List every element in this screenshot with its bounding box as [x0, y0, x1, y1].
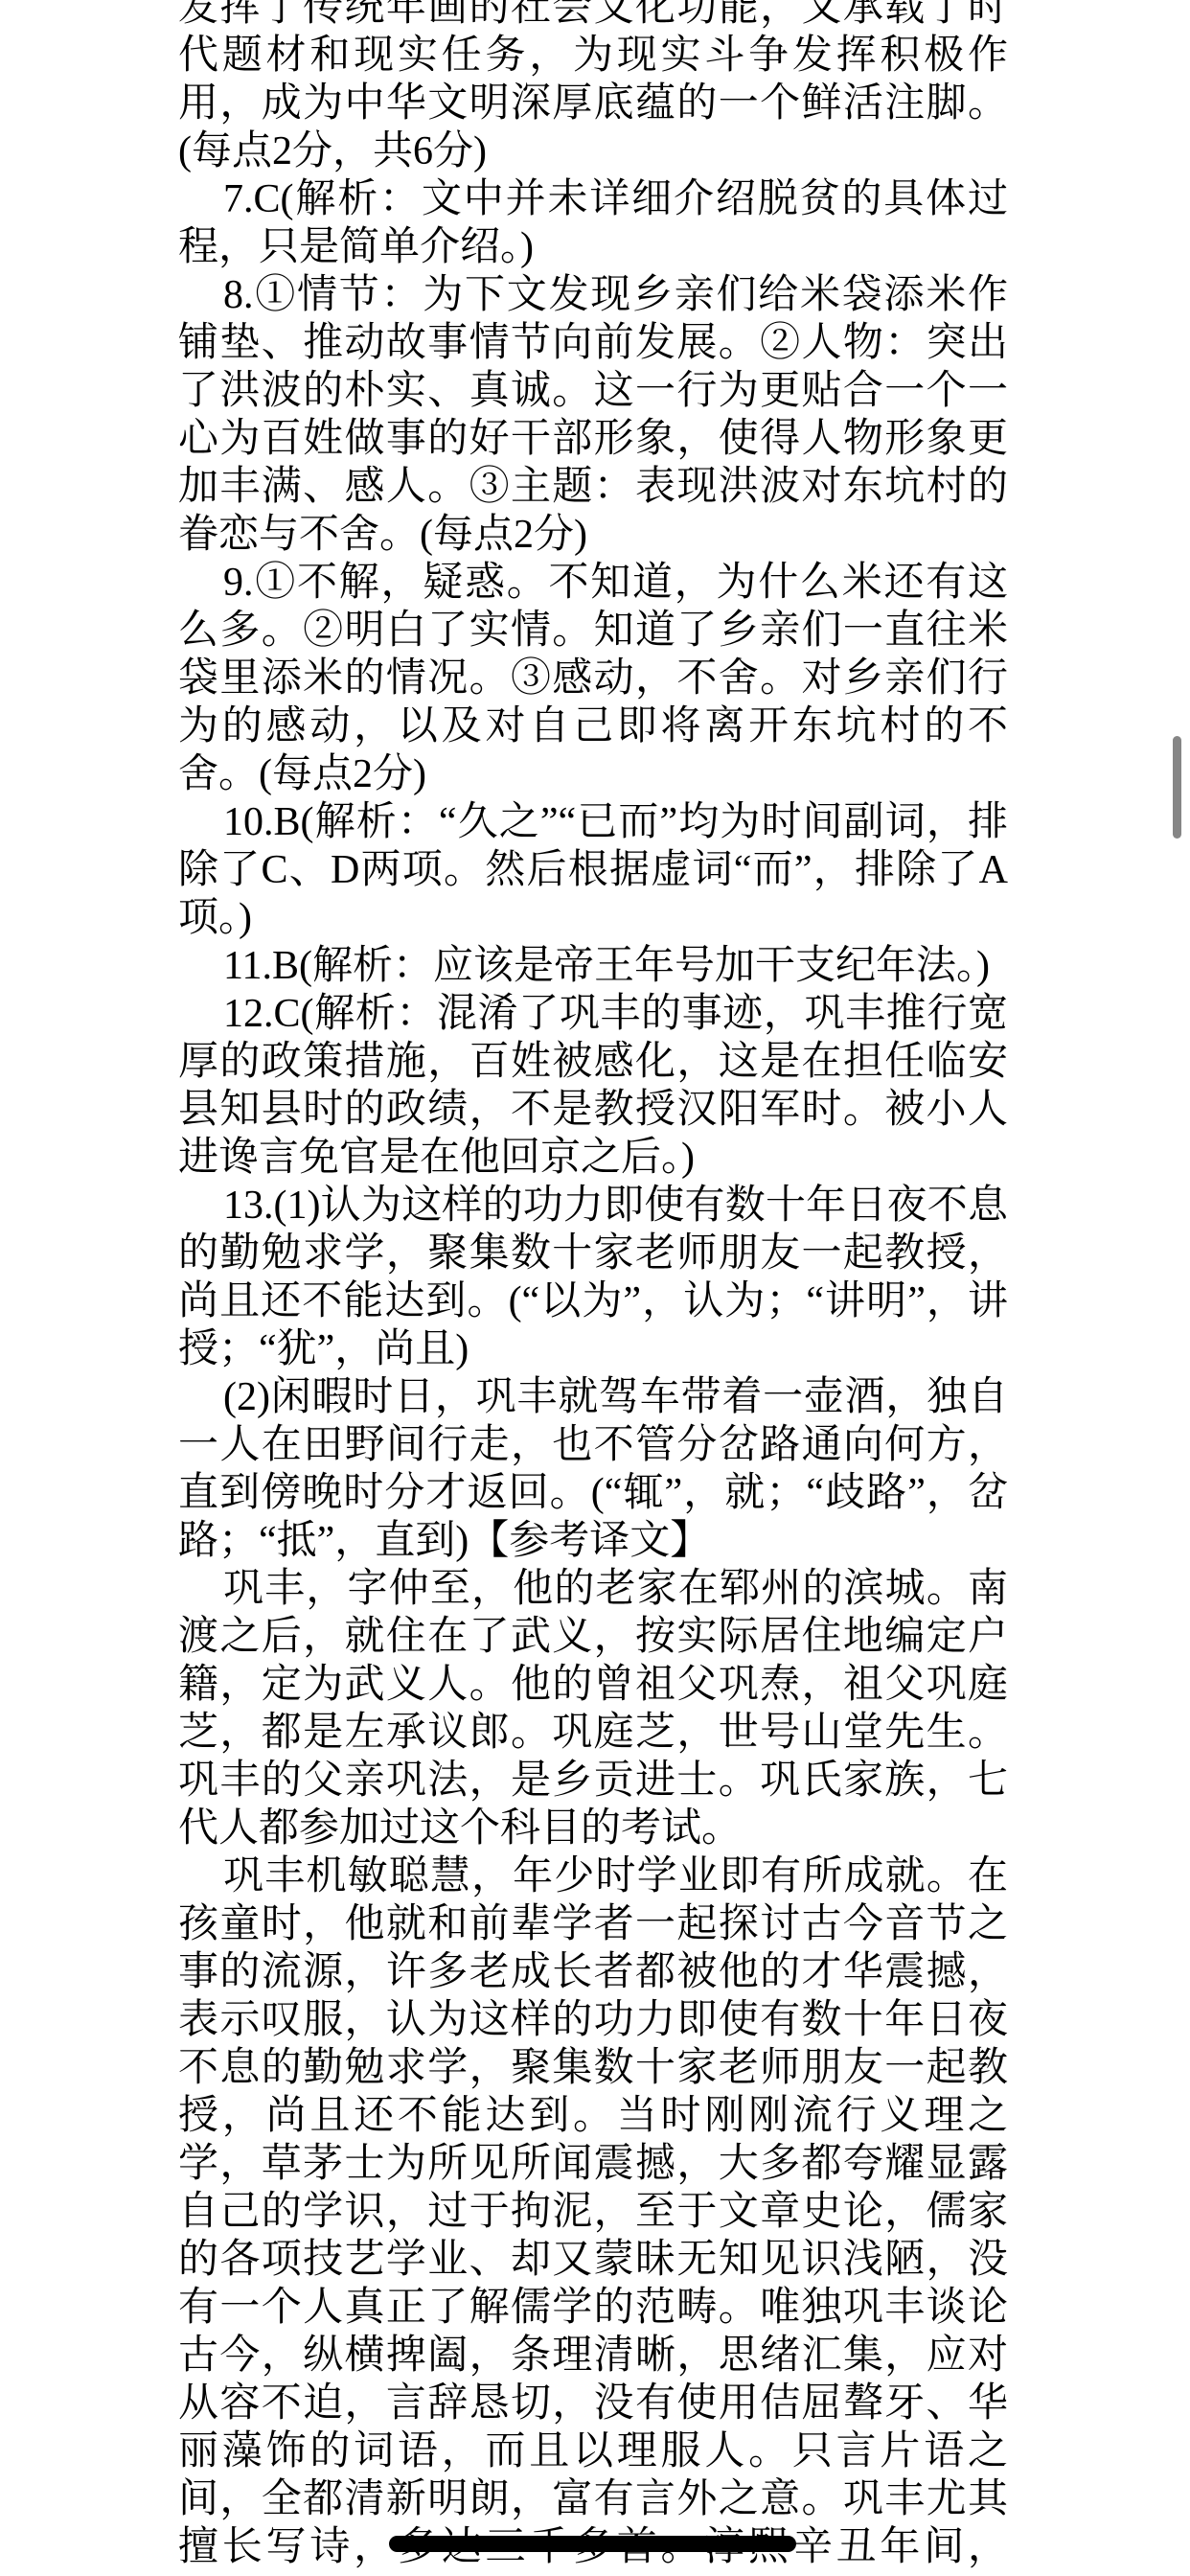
paragraph-answer-6-tail: 发挥了传统年画的社会文化功能，又承载了时代题材和现实任务，为现实斗争发挥积极作用…	[178, 0, 1008, 175]
paragraph-answer-10: 10.B(解析：“久之”“已而”均为时间副词，排除了C、D两项。然后根据虚词“而…	[178, 798, 1008, 942]
paragraph-answer-13-2: (2)闲暇时日，巩丰就驾车带着一壶酒，独自一人在田野间行走，也不管分岔路通向何方…	[178, 1373, 1008, 1565]
paragraph-answer-11: 11.B(解析：应该是帝王年号加干支纪年法。)	[178, 942, 1008, 990]
paragraph-translation-1: 巩丰，字仲至，他的老家在郓州的滨城。南渡之后，就住在了武义，按实际居住地编定户籍…	[178, 1565, 1008, 1852]
struck-text-with-marker-line: 多达三千多首。淳熙	[398, 2525, 792, 2569]
scrollbar-thumb[interactable]	[1173, 736, 1181, 839]
document-text-column: 发挥了传统年画的社会文化功能，又承载了时代题材和现实任务，为现实斗争发挥积极作用…	[0, 0, 1008, 2571]
paragraph-answer-8: 8.①情节：为下文发现乡亲们给米袋添米作铺垫、推动故事情节向前发展。②人物：突出…	[178, 271, 1008, 559]
paragraph-answer-9: 9.①不解，疑惑。不知道，为什么米还有这么多。②明白了实情。知道了乡亲们一直往米…	[178, 559, 1008, 798]
paragraph-answer-12: 12.C(解析：混淆了巩丰的事迹，巩丰推行宽厚的政策措施，百姓被感化，这是在担任…	[178, 990, 1008, 1182]
translation-2-text: 巩丰机敏聪慧，年少时学业即有所成就。在孩童时，他就和前辈学者一起探讨古今音节之事…	[178, 1854, 1008, 2569]
document-page: 发挥了传统年画的社会文化功能，又承载了时代题材和现实任务，为现实斗争发挥积极作用…	[0, 0, 1190, 2576]
translation-2-text-after-strike: 辛丑年间，	[792, 2525, 1008, 2569]
paragraph-answer-13-1: 13.(1)认为这样的功力即使有数十年日夜不息的勤勉求学，聚集数十家老师朋友一起…	[178, 1182, 1008, 1373]
paragraph-answer-7: 7.C(解析：文中并未详细介绍脱贫的具体过程，只是简单介绍。)	[178, 175, 1008, 271]
paragraph-translation-2: 巩丰机敏聪慧，年少时学业即有所成就。在孩童时，他就和前辈学者一起探讨古今音节之事…	[178, 1852, 1008, 2571]
